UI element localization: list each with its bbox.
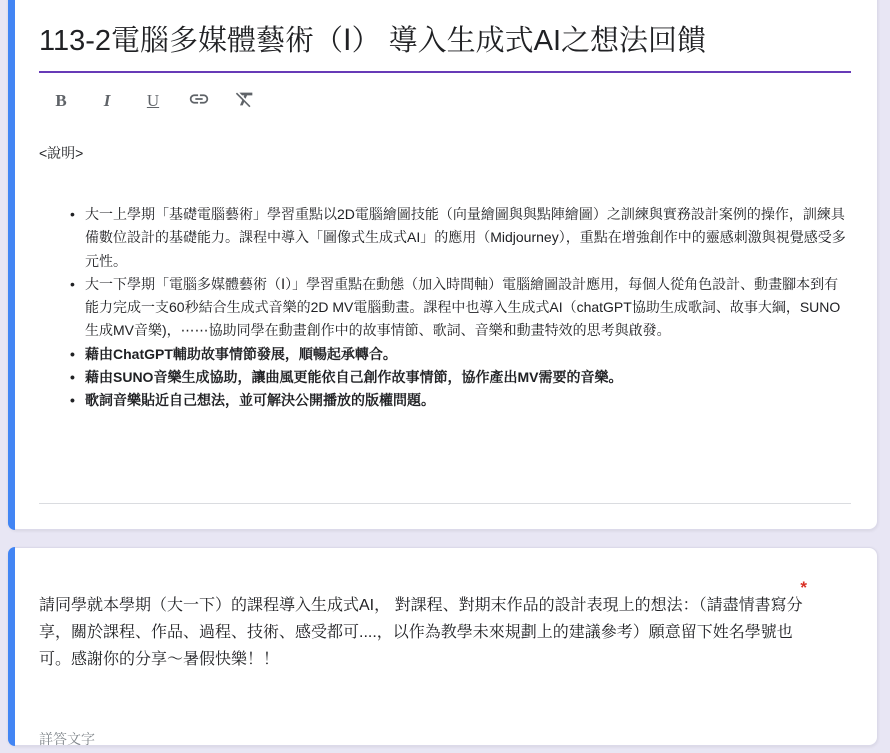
bold-button[interactable]: B [49, 89, 73, 113]
format-clear-icon [234, 88, 256, 115]
description-bullet: 大一上學期「基礎電腦藝術」學習重點以2D電腦繪圖技能（向量繪圖與與點陣繪圖）之訓… [85, 203, 849, 273]
description-intro: <說明> [39, 143, 851, 164]
description-bullet: 藉由ChatGPT輔助故事情節發展，順暢起承轉合。 [85, 343, 849, 366]
form-title-input[interactable]: 113-2電腦多媒體藝術（Ⅰ） 導入生成式AI之想法回饋 [39, 19, 851, 73]
clear-formatting-button[interactable] [233, 89, 257, 113]
selected-item-indicator [8, 0, 15, 530]
form-header-card[interactable]: 113-2電腦多媒體藝術（Ⅰ） 導入生成式AI之想法回饋 B I U [8, 0, 878, 530]
description-bullet: 藉由SUNO音樂生成協助，讓曲風更能依自己創作故事情節，協作產出MV需要的音樂。 [85, 366, 849, 389]
description-bullet: 歌詞音樂貼近自己想法，並可解決公開播放的版權問題。 [85, 389, 849, 412]
text-format-toolbar: B I U [39, 87, 851, 115]
card-footer-divider [39, 503, 851, 504]
required-asterisk: * [800, 578, 807, 598]
question-title-text[interactable]: 請同學就本學期（大一下）的課程導入生成式AI， 對課程、對期末作品的設計表現上的… [39, 592, 821, 673]
description-bullet-list: 大一上學期「基礎電腦藝術」學習重點以2D電腦繪圖技能（向量繪圖與與點陣繪圖）之訓… [39, 203, 851, 413]
insert-link-button[interactable] [187, 89, 211, 113]
description-bullet: 大一下學期「電腦多媒體藝術（Ⅰ）」學習重點在動態（加入時間軸）電腦繪圖設計應用，… [85, 273, 849, 343]
insert-link-icon [188, 88, 210, 115]
italic-button[interactable]: I [95, 89, 119, 113]
form-description-editor[interactable]: <說明> 大一上學期「基礎電腦藝術」學習重點以2D電腦繪圖技能（向量繪圖與與點陣… [39, 143, 851, 413]
underline-button[interactable]: U [141, 89, 165, 113]
long-answer-placeholder: 詳答文字 [39, 729, 851, 749]
question-card[interactable]: * 請同學就本學期（大一下）的課程導入生成式AI， 對課程、對期末作品的設計表現… [8, 547, 878, 746]
